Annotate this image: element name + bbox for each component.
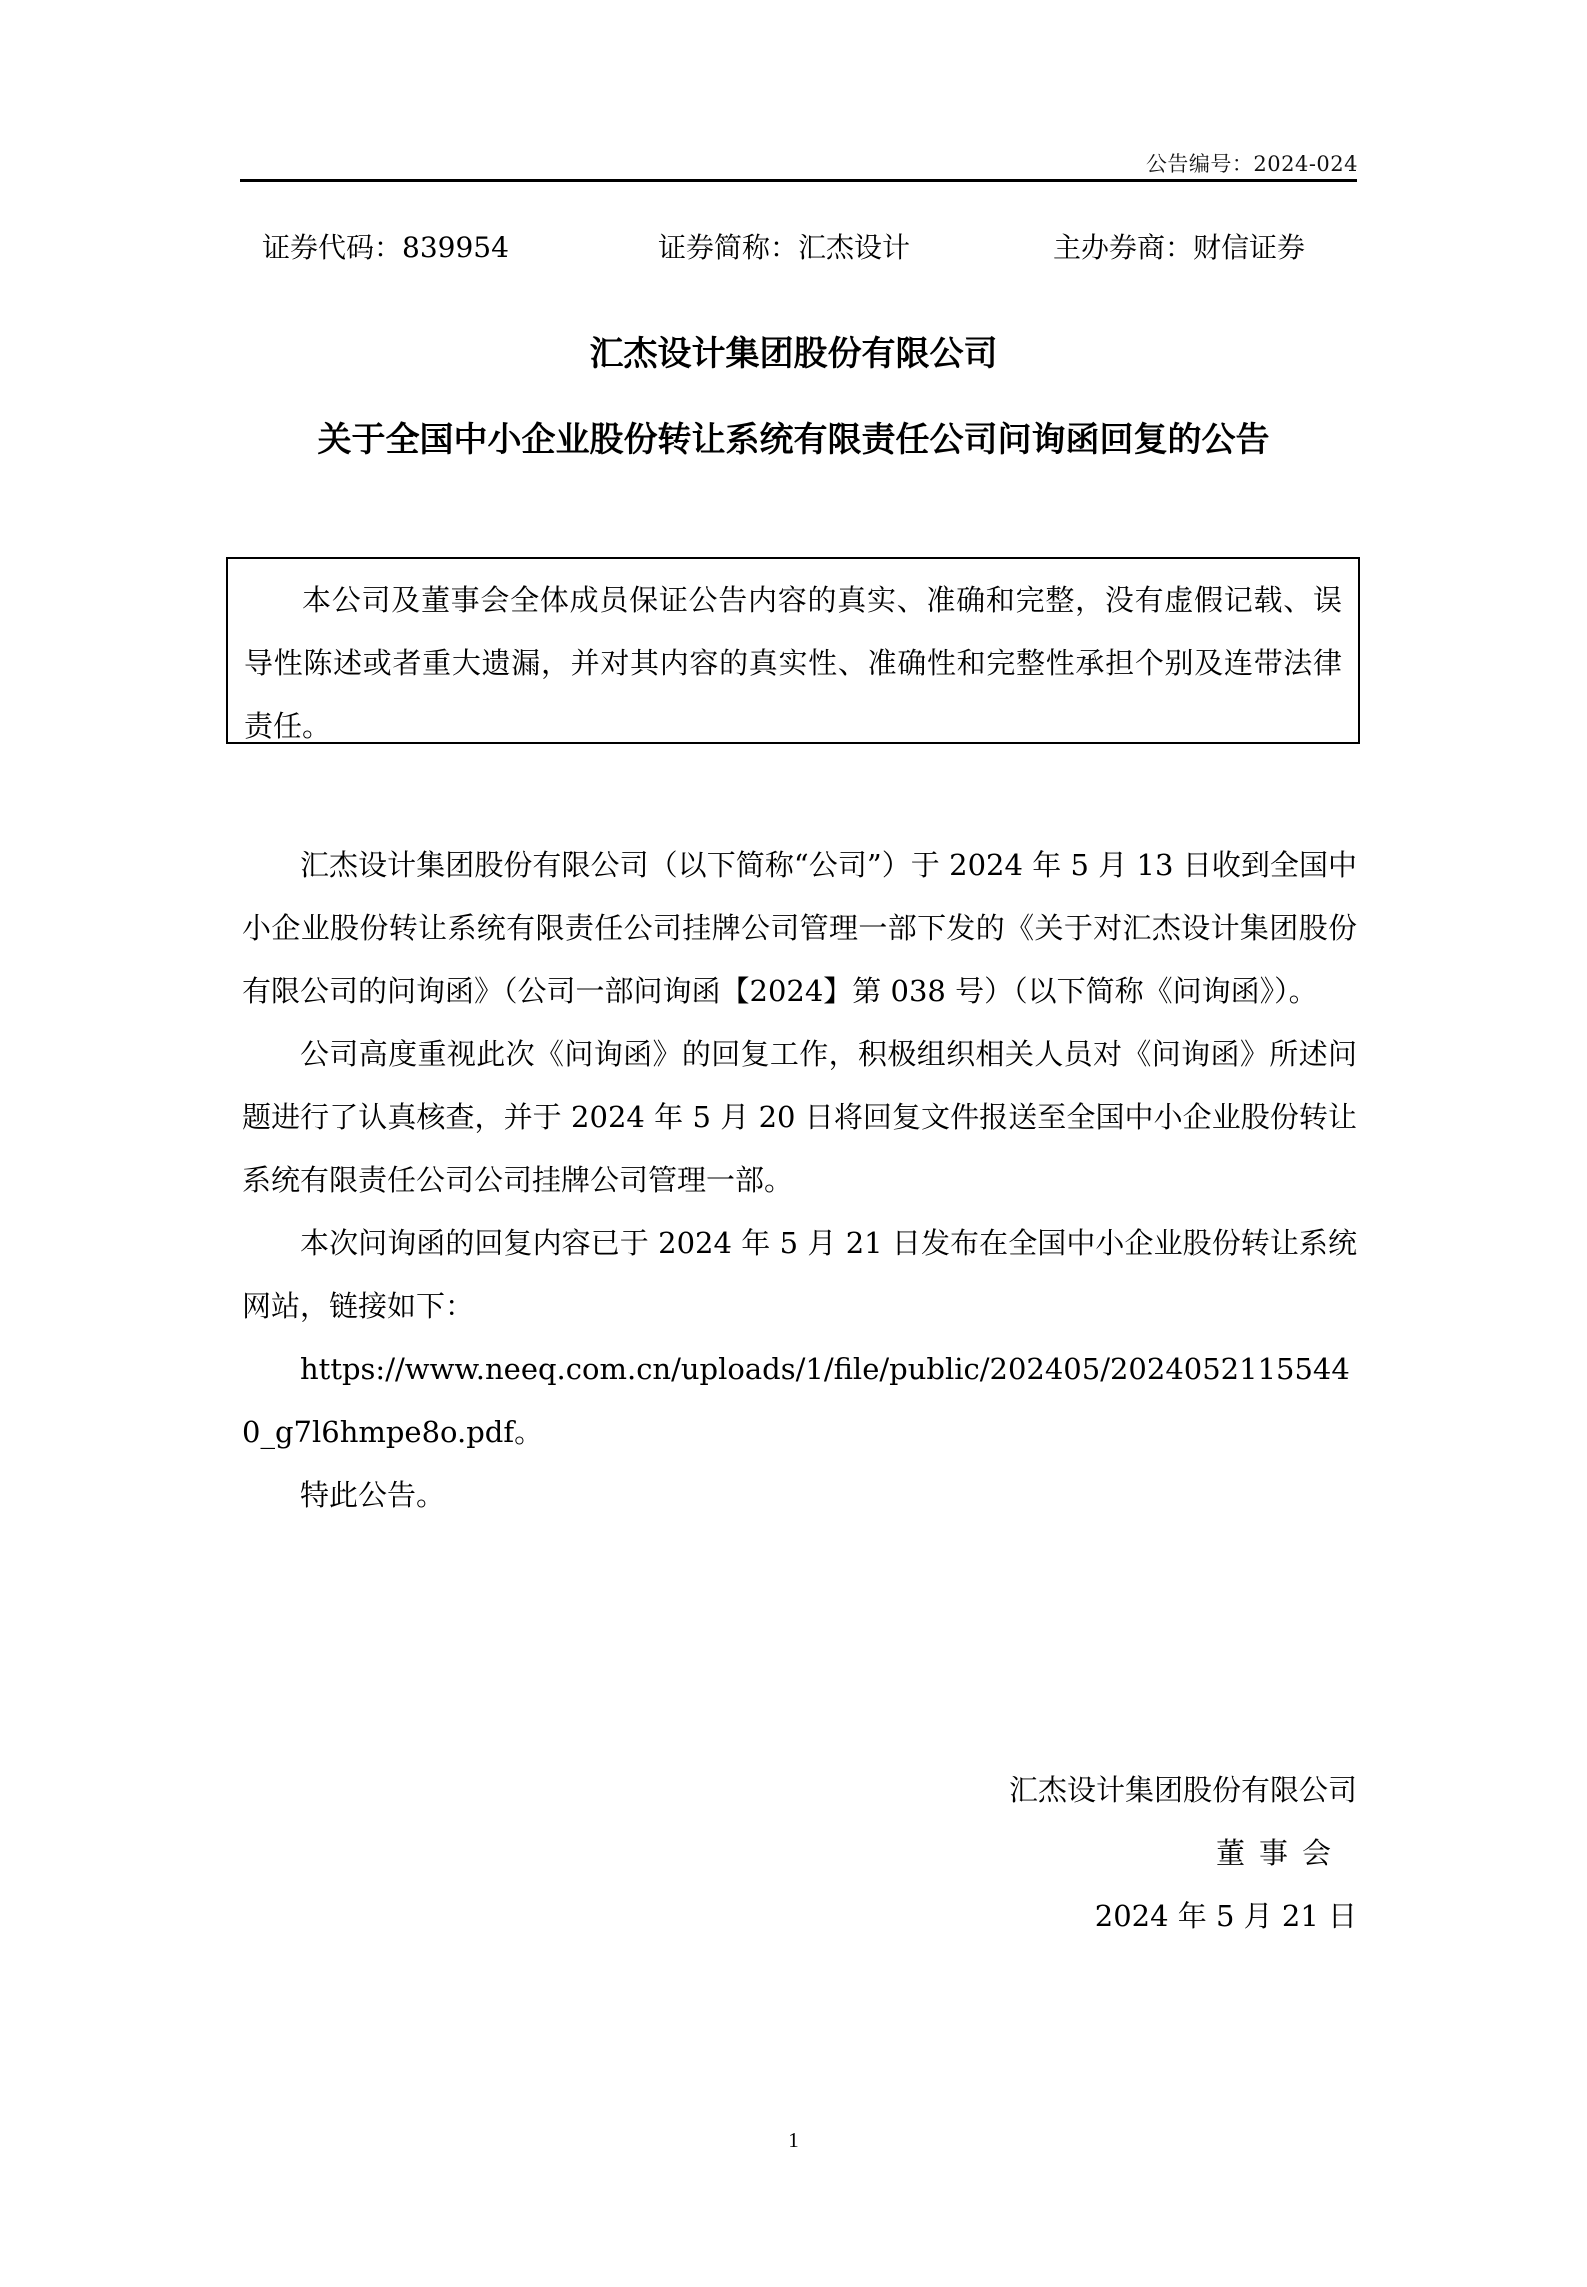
- security-code: 证券代码：839954: [262, 226, 509, 266]
- disclaimer-box: 本公司及董事会全体成员保证公告内容的真实、准确和完整，没有虚假记载、误导性陈述或…: [226, 557, 1360, 744]
- body-paragraph-publication: 本次问询函的回复内容已于 2024 年 5 月 21 日发布在全国中小企业股份转…: [242, 1212, 1357, 1338]
- body-paragraph-receipt: 汇杰设计集团股份有限公司（以下简称“公司”）于 2024 年 5 月 13 日收…: [242, 834, 1357, 1023]
- sponsor-broker: 主办券商：财信证券: [1053, 226, 1305, 266]
- signature-board: 董事会: [1216, 1831, 1345, 1872]
- header-rule: [240, 179, 1357, 182]
- securities-info-row: 证券代码：839954 证券简称：汇杰设计 主办券商：财信证券: [262, 226, 1342, 266]
- signature-date: 2024 年 5 月 21 日: [1095, 1894, 1357, 1935]
- closing-statement: 特此公告。: [242, 1464, 1357, 1527]
- body-paragraph-response: 公司高度重视此次《问询函》的回复工作，积极组织相关人员对《问询函》所述问题进行了…: [242, 1023, 1357, 1212]
- page-number: 1: [0, 2128, 1587, 2153]
- signature-company: 汇杰设计集团股份有限公司: [1009, 1768, 1357, 1809]
- announcement-number: 公告编号：2024-024: [1146, 148, 1358, 178]
- announcement-body: 汇杰设计集团股份有限公司（以下简称“公司”）于 2024 年 5 月 13 日收…: [242, 834, 1357, 1527]
- security-short-name: 证券简称：汇杰设计: [658, 226, 910, 266]
- company-title: 汇杰设计集团股份有限公司: [0, 326, 1587, 375]
- response-link[interactable]: https://www.neeq.com.cn/uploads/1/file/p…: [242, 1338, 1357, 1464]
- announcement-title: 关于全国中小企业股份转让系统有限责任公司问询函回复的公告: [0, 412, 1587, 461]
- disclaimer-text: 本公司及董事会全体成员保证公告内容的真实、准确和完整，没有虚假记载、误导性陈述或…: [244, 569, 1342, 758]
